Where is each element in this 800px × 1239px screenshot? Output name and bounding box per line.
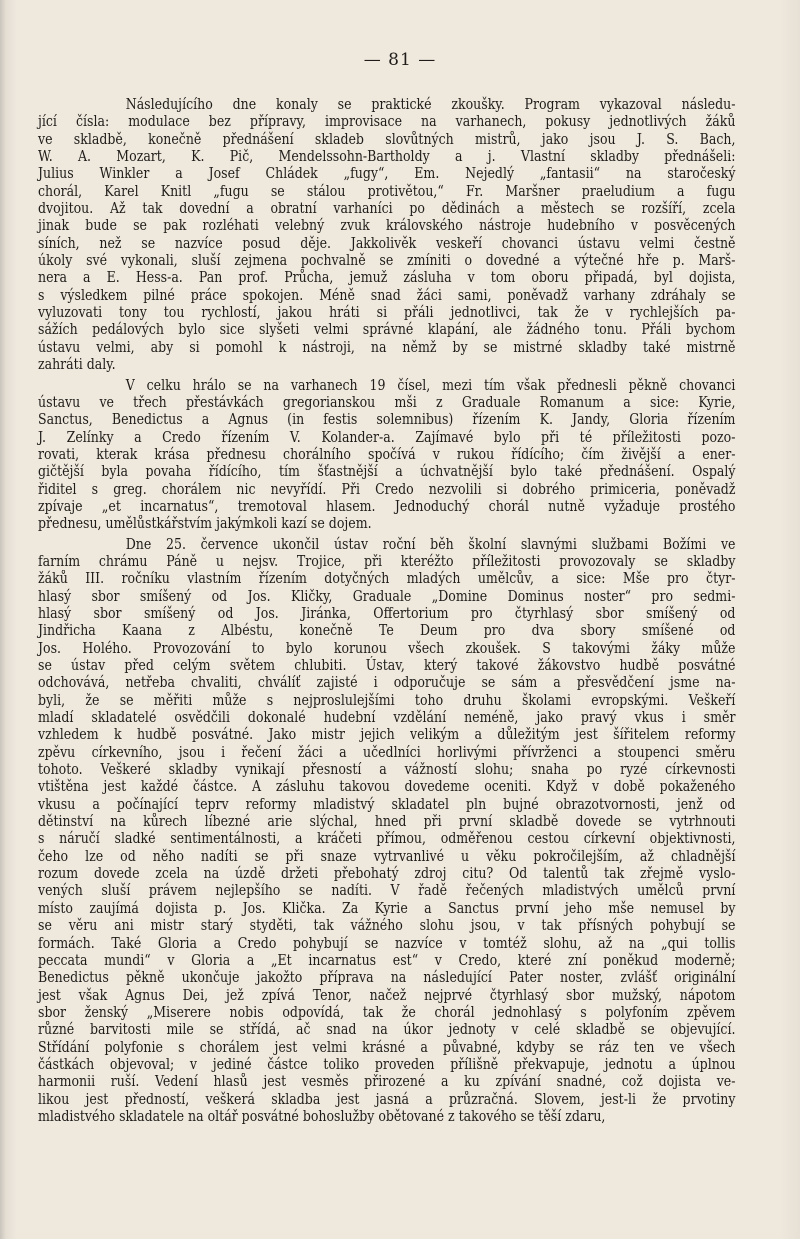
text-line: byli, že se měřiti může s nejproslulejší…: [38, 692, 735, 709]
text-line: jest však Agnus Dei, jež zpívá Tenor, na…: [38, 987, 735, 1004]
text-line: odchovává, netřeba chvaliti, chválíť zaj…: [38, 674, 735, 691]
text-line: dvojitou. Až tak dovední a obratní varha…: [38, 200, 735, 217]
paragraph-gregorian-mass: V celku hrálo se na varhanech 19 čísel, …: [38, 377, 736, 533]
text-line: Benedictus pěkně ukončuje jakožto přípra…: [38, 969, 735, 986]
text-line: J. Zelínky a Credo řízením V. Kolander-a…: [38, 429, 735, 446]
text-line: vkusu a počínající teprv reformy mladist…: [38, 796, 735, 813]
text-line: W. A. Mozart, K. Pič, Mendelssohn-Bartho…: [38, 148, 735, 165]
text-line: s náručí sladké sentimentálnosti, a kráč…: [38, 830, 735, 847]
text-line: vzhledem k hudbě posvátné. Jako mistr je…: [38, 726, 735, 743]
text-line: úkoly své vykonali, sluší zejmena pochva…: [38, 252, 735, 269]
body-text: Následujícího dne konaly se praktické zk…: [38, 96, 736, 1125]
text-line: zahráti daly.: [38, 356, 735, 373]
text-line: mladí skladatelé osvědčili dokonalé hude…: [38, 709, 735, 726]
text-line: čeho lze od něho nadíti se při snaze vyt…: [38, 848, 735, 865]
text-line: Následujícího dne konaly se praktické zk…: [38, 96, 735, 113]
text-line: sbor ženský „Miserere nobis odpovídá, ta…: [38, 1004, 735, 1021]
text-line: rovati, kterak krása přednesu chorálního…: [38, 446, 735, 463]
text-line: chorál, Karel Knitl „fugu se stálou prot…: [38, 183, 735, 200]
text-line: likou jest předností, veškerá skladba je…: [38, 1091, 735, 1108]
paragraph-exam-program: Následujícího dne konaly se praktické zk…: [38, 96, 736, 374]
text-line: se ústav před celým světem chlubiti. Úst…: [38, 657, 735, 674]
text-line: Sanctus, Benedictus a Agnus (in festis s…: [38, 411, 735, 428]
text-line: žáků III. ročníku vlastním řízením dotyč…: [38, 570, 735, 587]
text-line: hlasý sbor smíšený od Jos. Jiránka, Offe…: [38, 605, 735, 622]
text-line: různé barvitosti mile se střídá, ač snad…: [38, 1021, 735, 1038]
text-line: formách. Také Gloria a Credo pohybují se…: [38, 935, 735, 952]
text-line: sážích pedálových bylo sice slyšeti velm…: [38, 321, 735, 338]
text-line: farním chrámu Páně u nejsv. Trojice, při…: [38, 553, 735, 570]
text-line: Střídání polyfonie s chorálem jest velmi…: [38, 1039, 735, 1056]
text-line: se věru ani mistr starý styděti, tak váž…: [38, 917, 735, 934]
text-line: zpěvu církevního, jsou i řečení žáci a u…: [38, 744, 735, 761]
text-line: Dne 25. července ukončil ústav roční běh…: [38, 536, 735, 553]
text-line: hlasý sbor smíšený od Jos. Kličky, Gradu…: [38, 588, 735, 605]
text-line: zpívaje „et incarnatus“, tremotoval hlas…: [38, 498, 735, 515]
text-line: tohoto. Veškeré skladby vynikají přesnos…: [38, 761, 735, 778]
text-line: dětinství na kůrech líbezné arie slýchal…: [38, 813, 735, 830]
text-line: vtištěna jest každé částce. A zásluhu ta…: [38, 778, 735, 795]
text-line: harmonii ruší. Vedení hlasů jest vesměs …: [38, 1073, 735, 1090]
page-number: — 81 —: [0, 50, 800, 70]
text-line: Jindřicha Kaana z Albéstu, konečně Te De…: [38, 622, 735, 639]
text-line: V celku hrálo se na varhanech 19 čísel, …: [38, 377, 735, 394]
text-line: jinak bude se pak rozléhati velebný zvuk…: [38, 217, 735, 234]
text-line: řiditel s greg. chorálem nic nevyřídí. P…: [38, 481, 735, 498]
text-line: nera a E. Hess-a. Pan prof. Průcha, jemu…: [38, 269, 735, 286]
text-line: Jos. Holého. Provozování to bylo korunou…: [38, 640, 735, 657]
text-line: místo zaujímá dojista p. Jos. Klička. Za…: [38, 900, 735, 917]
text-line: ve skladbě, konečně přednášení skladeb s…: [38, 131, 735, 148]
text-line: Julius Winkler a Josef Chládek „fugy“, E…: [38, 165, 735, 182]
text-line: rozum dovede zcela na úzdě držeti přeboh…: [38, 865, 735, 882]
text-line: vených sluší právem nejlepšího se nadíti…: [38, 882, 735, 899]
text-line: přednesu, umělůstkářstvím jakýmkoli kazí…: [38, 515, 735, 532]
paragraph-school-year-end: Dne 25. července ukončil ústav roční běh…: [38, 536, 736, 1126]
text-line: vyluzovati tony tou rychlostí, jakou hrá…: [38, 304, 735, 321]
text-line: částkách objevoval; v jediné částce toli…: [38, 1056, 735, 1073]
text-line: s výsledkem pilné práce spokojen. Méně s…: [38, 287, 735, 304]
text-line: síních, než se nazvíce posud děje. Jakko…: [38, 235, 735, 252]
text-line: ústavu ve třech přestávkách gregoriansko…: [38, 394, 735, 411]
text-line: peccata mundi“ v Gloria a „Et incarnatus…: [38, 952, 735, 969]
text-line: gičtější byla povaha řídícího, tím šťast…: [38, 463, 735, 480]
text-line: ústavu velmi, aby si pomohl k nástroji, …: [38, 339, 735, 356]
text-line: mladistvého skladatele na oltář posvátné…: [38, 1108, 735, 1125]
text-line: jící čísla: modulace bez přípravy, impro…: [38, 113, 735, 130]
